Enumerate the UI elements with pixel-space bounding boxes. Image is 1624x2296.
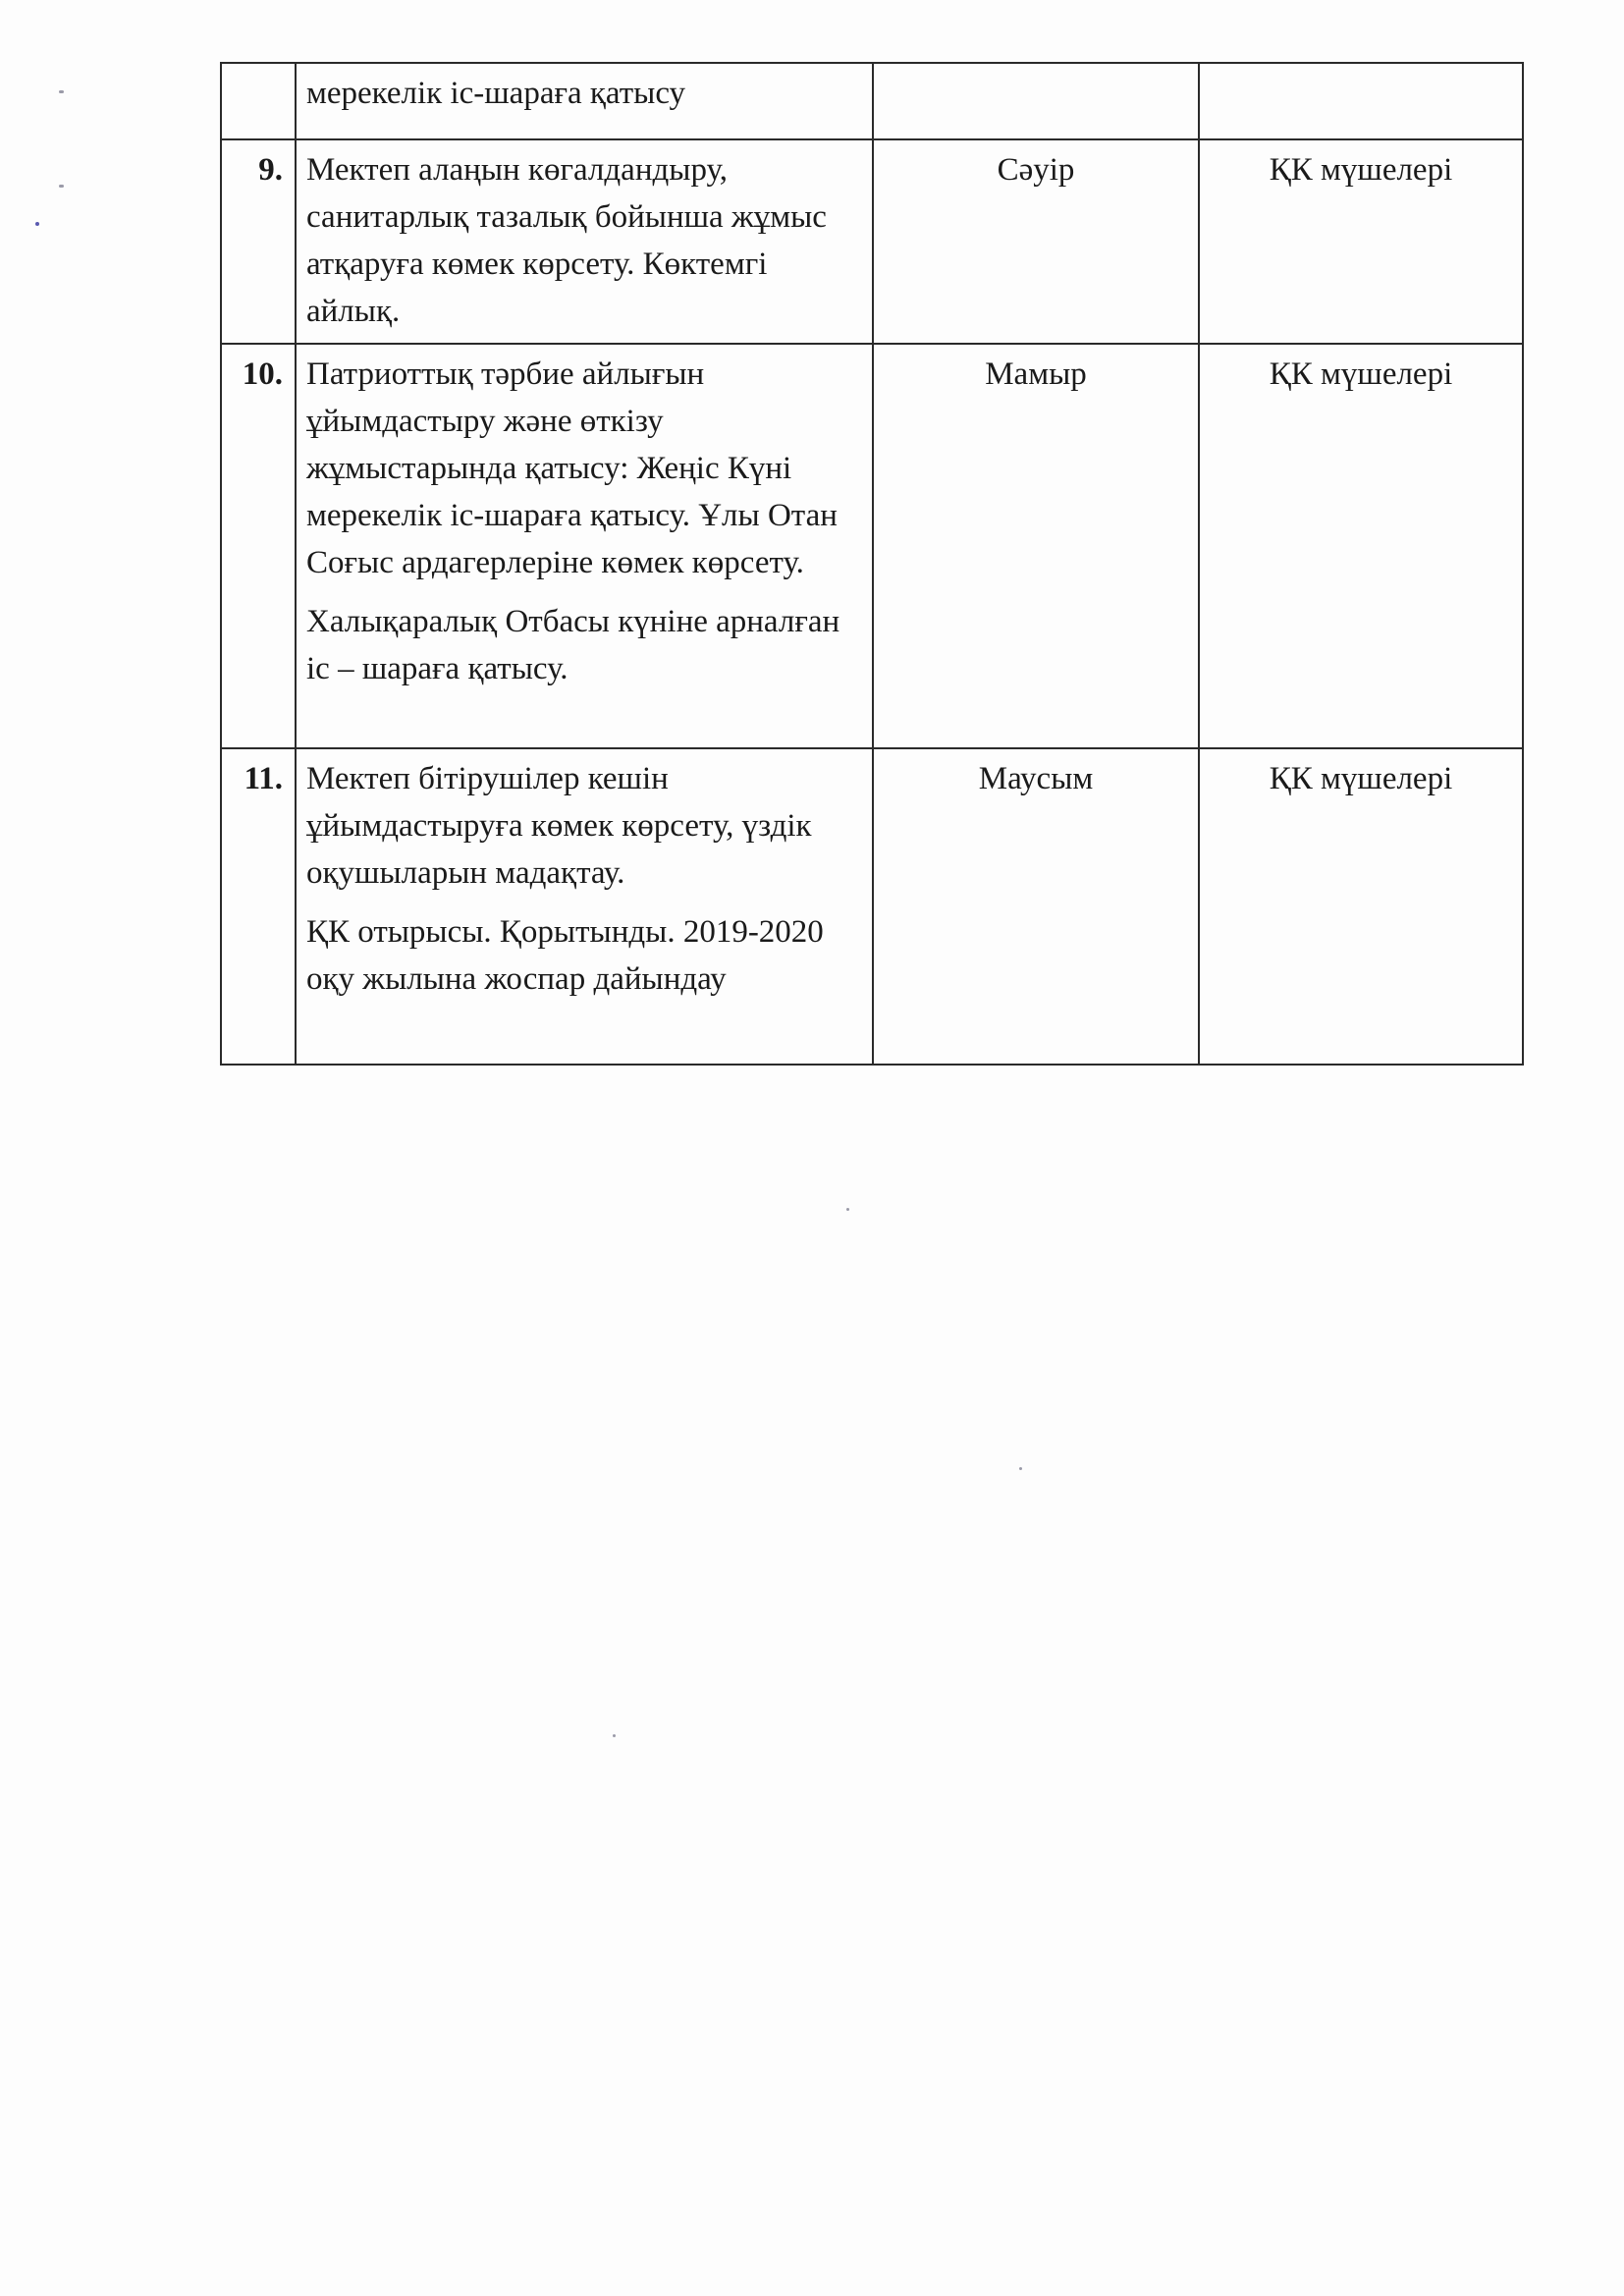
date-cell [873,63,1199,139]
table-row: 9. Мектеп алаңын көгалдандыру, санитарлы… [221,139,1523,344]
table-row-continuation: мерекелік іс-шараға қатысу [221,63,1523,139]
task-paragraph: мерекелік іс-шараға қатысу [306,70,862,117]
row-number: 10. [221,344,296,748]
row-number [221,63,296,139]
scan-speck [59,185,64,188]
date-cell: Мамыр [873,344,1199,748]
scan-speck [1019,1467,1022,1470]
row-number: 9. [221,139,296,344]
table-row: 11. Мектеп бітірушілер кешін ұйымдастыру… [221,748,1523,1065]
scan-speck [613,1734,616,1737]
scan-speck [35,222,39,226]
activity-plan-table: мерекелік іс-шараға қатысу 9. Мектеп ала… [220,62,1524,1066]
responsible-cell: ҚК мүшелері [1199,139,1523,344]
date-cell: Маусым [873,748,1199,1065]
scan-speck [59,90,64,93]
task-cell: мерекелік іс-шараға қатысу [296,63,873,139]
responsible-cell [1199,63,1523,139]
scan-speck [846,1208,849,1211]
responsible-cell: ҚК мүшелері [1199,748,1523,1065]
task-paragraph: Мектеп алаңын көгалдандыру, санитарлық т… [306,146,862,335]
date-cell: Сәуір [873,139,1199,344]
task-paragraph: Халықаралық Отбасы күніне арналған іс – … [306,598,862,692]
task-cell: Мектеп алаңын көгалдандыру, санитарлық т… [296,139,873,344]
row-number: 11. [221,748,296,1065]
task-paragraph: Мектеп бітірушілер кешін ұйымдастыруға к… [306,755,862,897]
table-row: 10. Патриоттық тәрбие айлығын ұйымдастыр… [221,344,1523,748]
task-cell: Патриоттық тәрбие айлығын ұйымдастыру жә… [296,344,873,748]
task-paragraph: ҚК отырысы. Қорытынды. 2019-2020 оқу жыл… [306,908,862,1003]
task-cell: Мектеп бітірушілер кешін ұйымдастыруға к… [296,748,873,1065]
responsible-cell: ҚК мүшелері [1199,344,1523,748]
task-paragraph: Патриоттық тәрбие айлығын ұйымдастыру жә… [306,351,862,586]
